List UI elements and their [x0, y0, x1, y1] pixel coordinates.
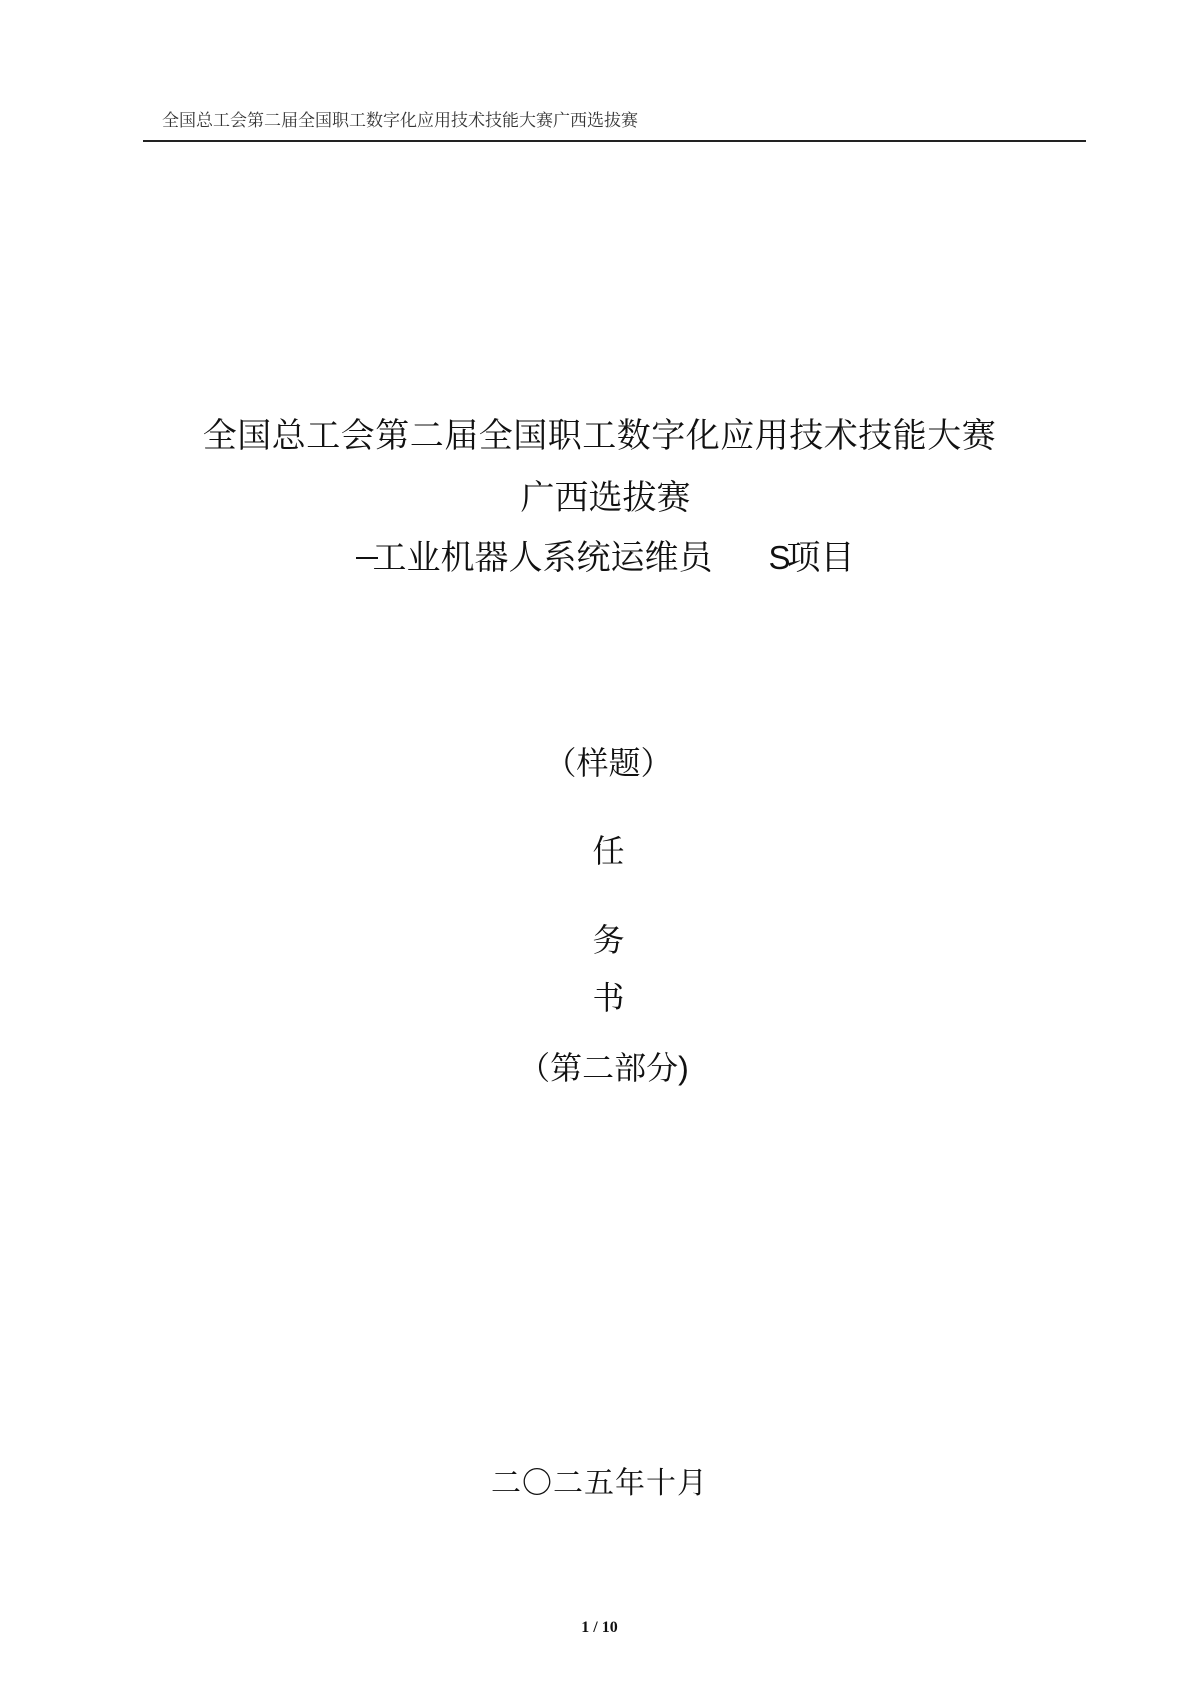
project-suffix: 项目 — [787, 538, 855, 578]
cover-title-line-2: 广西选拔赛 — [6, 470, 1199, 519]
page-number: 1 / 10 — [0, 1619, 1199, 1637]
running-header: 全国总工会第二届全国职工数字化应用技术技能大赛广西选拔赛 — [162, 106, 638, 131]
part-label: （第二部分) — [4, 1043, 1199, 1089]
title-dash — [356, 557, 378, 559]
part-label-text: （第二部分 — [518, 1049, 678, 1087]
doc-type-char-1: 任 — [9, 826, 1199, 872]
doc-type-char-2: 务 — [9, 915, 1199, 961]
cover-title-line-1: 全国总工会第二届全国职工数字化应用技术技能大赛 — [0, 408, 1199, 457]
header-divider — [143, 140, 1086, 142]
cover-title-line-3: 工业机器人系统运维员S项目 — [6, 530, 1199, 579]
doc-type-char-3: 书 — [9, 973, 1199, 1019]
sample-label: （样题） — [9, 738, 1199, 784]
part-label-close: ) — [678, 1050, 689, 1086]
project-name: 工业机器人系统运维员 — [372, 538, 712, 578]
cover-date: 二〇二五年十月 — [0, 1458, 1199, 1502]
